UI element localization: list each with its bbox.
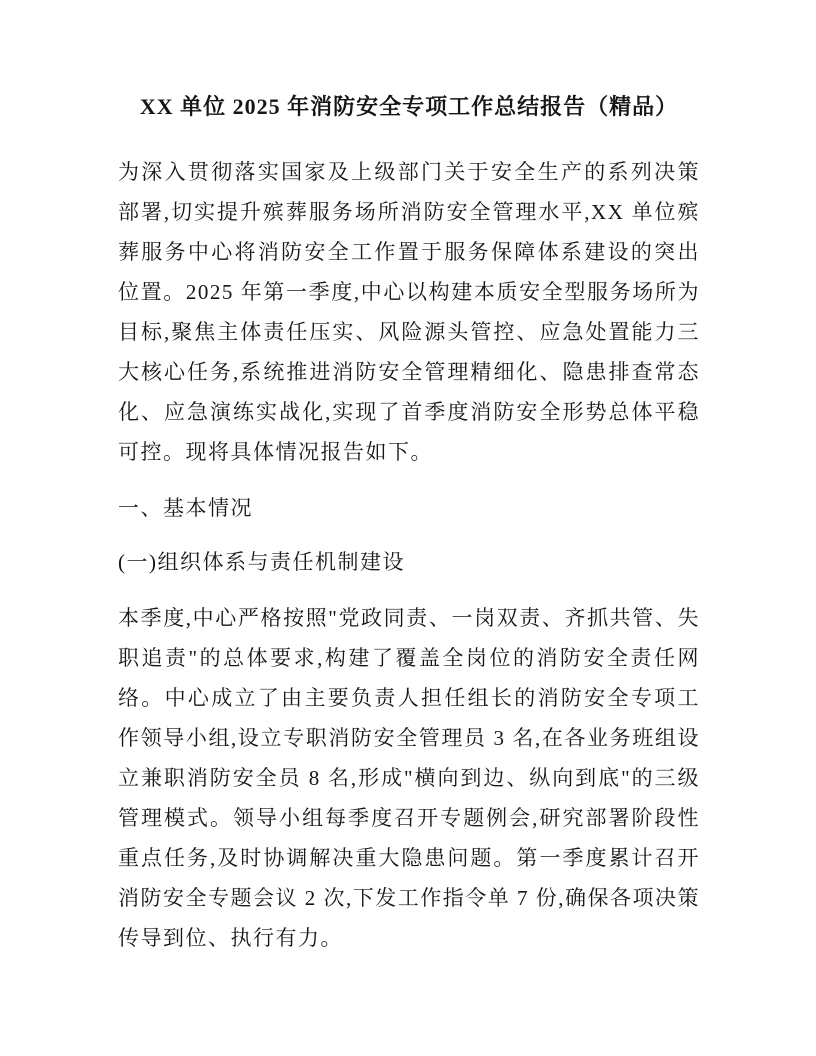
intro-paragraph: 为深入贯彻落实国家及上级部门关于安全生产的系列决策部署,切实提升殡葬服务场所消防… [118,152,700,472]
section-heading-basic-situation: 一、基本情况 [118,488,700,528]
document-title: XX 单位 2025 年消防安全专项工作总结报告（精品） [118,88,700,126]
organization-responsibility-paragraph: 本季度,中心严格按照"党政同责、一岗双责、齐抓共管、失职追责"的总体要求,构建了… [118,598,700,958]
document-page: XX 单位 2025 年消防安全专项工作总结报告（精品） 为深入贯彻落实国家及上… [0,0,816,1056]
subsection-heading-organization-responsibility: (一)组织体系与责任机制建设 [118,542,700,582]
